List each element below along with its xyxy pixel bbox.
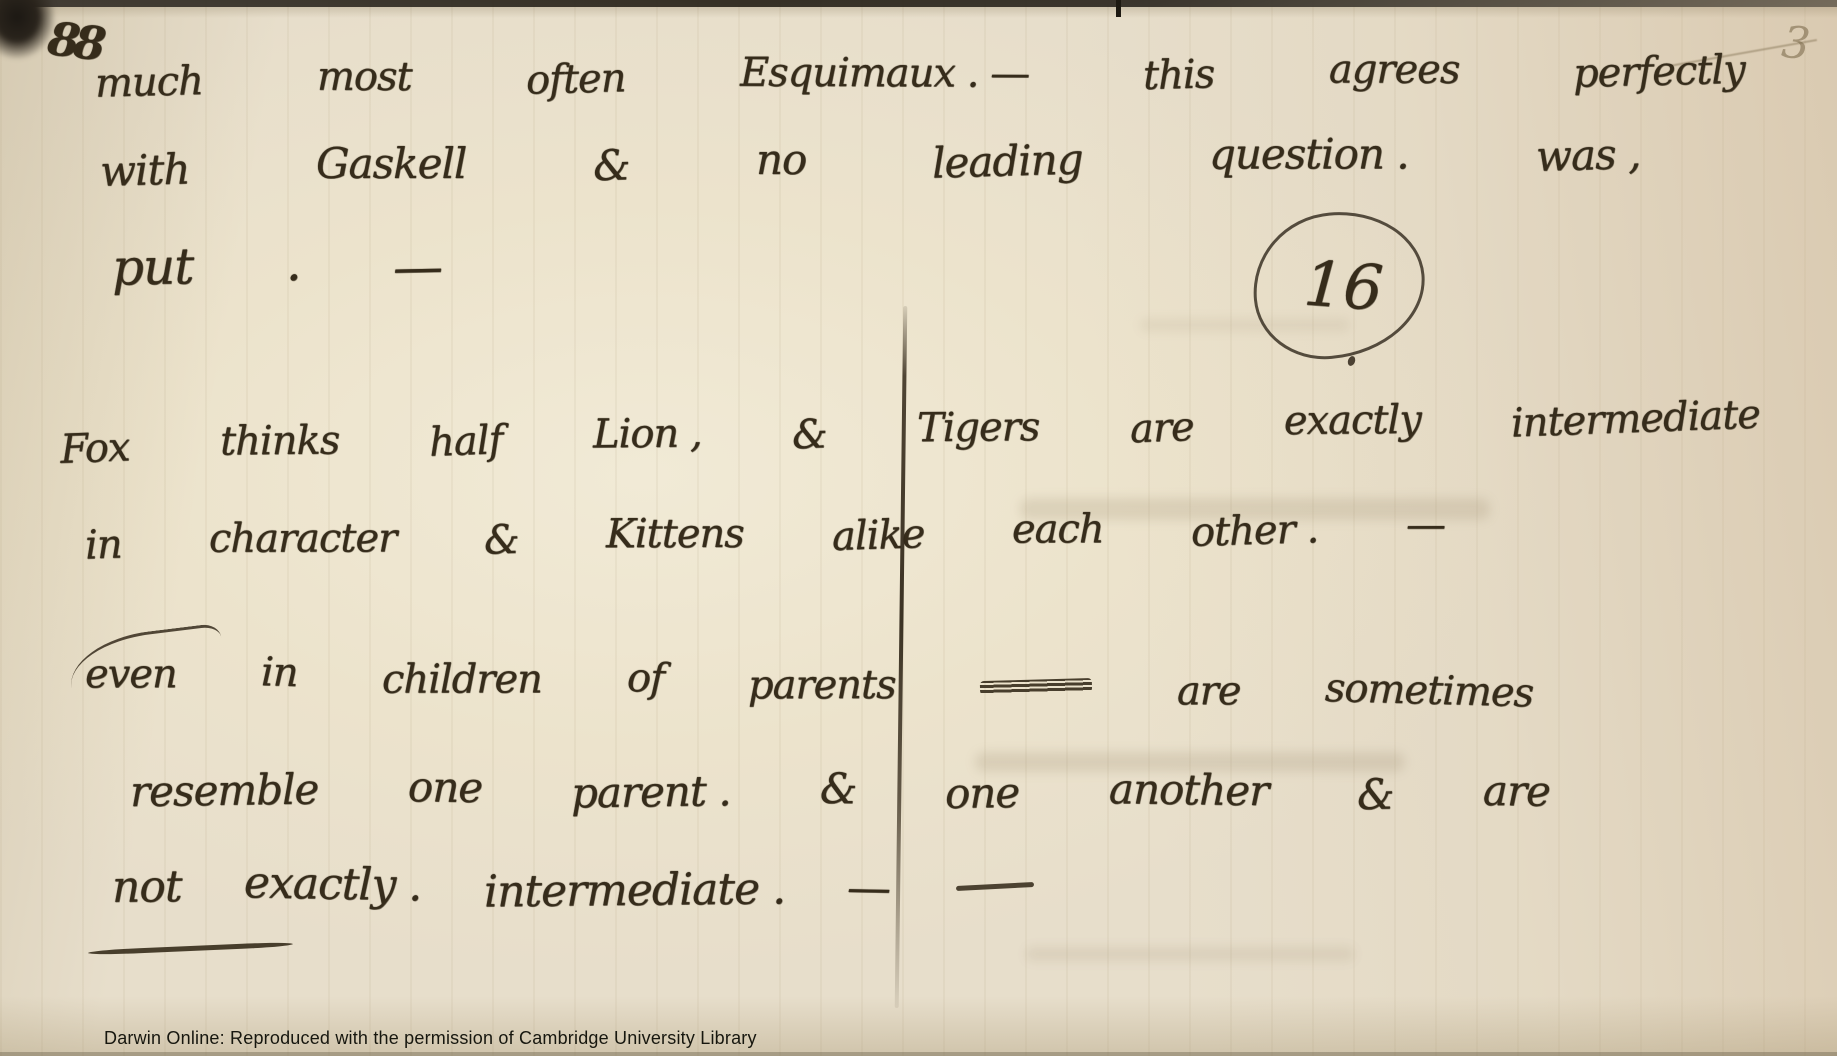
manuscript-word: are xyxy=(1176,668,1240,714)
manuscript-word: no xyxy=(756,135,806,184)
manuscript-line: incharacter&Kittensalikeeachother .— xyxy=(85,504,1445,567)
manuscript-word: Fox xyxy=(59,424,130,473)
manuscript-word: Esquimaux . — xyxy=(740,50,1029,97)
manuscript-word: exactly . xyxy=(243,857,421,911)
manuscript-line: FoxthinkshalfLion ,&Tigersareexactlyinte… xyxy=(60,392,1761,471)
manuscript-word: parent . xyxy=(571,766,731,817)
archive-credit-line: Darwin Online: Reproduced with the permi… xyxy=(104,1028,757,1049)
manuscript-line: notexactly .intermediate .— xyxy=(112,859,890,915)
manuscript-word: put xyxy=(112,237,194,296)
manuscript-word: & xyxy=(483,517,519,564)
circled-number-annotation: 16 xyxy=(1247,205,1431,365)
manuscript-word: with xyxy=(99,144,190,195)
manuscript-word: Gaskell xyxy=(316,139,466,188)
manuscript-line: muchmostoftenEsquimaux . —thisagreesperf… xyxy=(95,46,1745,104)
ink-dot xyxy=(1347,355,1357,367)
manuscript-word: thinks xyxy=(219,418,339,465)
manuscript-word: one xyxy=(945,768,1020,818)
manuscript-word: not xyxy=(112,861,182,913)
manuscript-word: parents xyxy=(748,662,896,708)
manuscript-word: each xyxy=(1012,506,1104,552)
manuscript-word: — xyxy=(847,862,891,914)
manuscript-word: sometimes xyxy=(1324,665,1533,716)
manuscript-word: are xyxy=(1129,404,1194,452)
manuscript-word: & xyxy=(791,411,827,458)
manuscript-word: alike xyxy=(831,511,925,560)
manuscript-word: another xyxy=(1108,764,1268,815)
manuscript-word: resemble xyxy=(130,765,319,817)
photo-top-edge xyxy=(0,0,1837,7)
manuscript-word: leading xyxy=(932,134,1084,187)
manuscript-word: of xyxy=(626,655,664,702)
manuscript-word: often xyxy=(525,55,626,103)
binding-tick-mark xyxy=(1116,0,1121,17)
manuscript-word: — xyxy=(392,238,442,297)
circled-number-value: 16 xyxy=(1301,246,1385,324)
manuscript-word: was , xyxy=(1535,129,1641,181)
manuscript-word: . xyxy=(285,234,301,292)
scribbled-out-word xyxy=(980,678,1092,695)
manuscript-word: in xyxy=(84,522,122,569)
manuscript-word: perfectly xyxy=(1573,47,1746,97)
manuscript-word: this xyxy=(1143,51,1215,99)
manuscript-word: Tigers xyxy=(917,404,1040,451)
manuscript-word: most xyxy=(317,54,412,100)
manuscript-word: Kittens xyxy=(606,511,744,557)
manuscript-word: children xyxy=(382,656,542,702)
closing-dash xyxy=(88,942,293,955)
manuscript-word: intermediate . xyxy=(483,863,785,917)
manuscript-word: character xyxy=(209,515,396,561)
manuscript-word: intermediate xyxy=(1510,392,1761,447)
ink-bleedthrough xyxy=(1025,946,1355,962)
manuscript-word: half xyxy=(428,417,503,466)
manuscript-line: put.— xyxy=(112,236,442,294)
manuscript-word: in xyxy=(261,649,299,696)
manuscript-word: — xyxy=(1406,502,1445,548)
manuscript-word: agrees xyxy=(1328,46,1459,92)
manuscript-word: one xyxy=(407,762,482,812)
dash-mark xyxy=(956,882,1034,891)
manuscript-scan: 88 3 muchmostoftenEsquimaux . —thisagree… xyxy=(0,0,1837,1056)
manuscript-line: resembleoneparent .&oneanother&are xyxy=(130,764,1550,818)
manuscript-line: withGaskell&noleadingquestion .was , xyxy=(100,128,1640,193)
manuscript-line: eveninchildrenofparentsaresometimes xyxy=(85,649,1534,718)
manuscript-word: & xyxy=(819,764,856,814)
manuscript-word: much xyxy=(94,58,203,107)
manuscript-word: & xyxy=(592,140,630,190)
photo-bottom-edge xyxy=(0,1052,1837,1056)
manuscript-word: question . xyxy=(1209,129,1409,178)
manuscript-word: Lion , xyxy=(593,411,702,458)
manuscript-word: are xyxy=(1483,766,1551,816)
manuscript-word: exactly xyxy=(1283,397,1420,444)
manuscript-word: other . xyxy=(1191,506,1319,556)
manuscript-word: & xyxy=(1357,770,1394,820)
